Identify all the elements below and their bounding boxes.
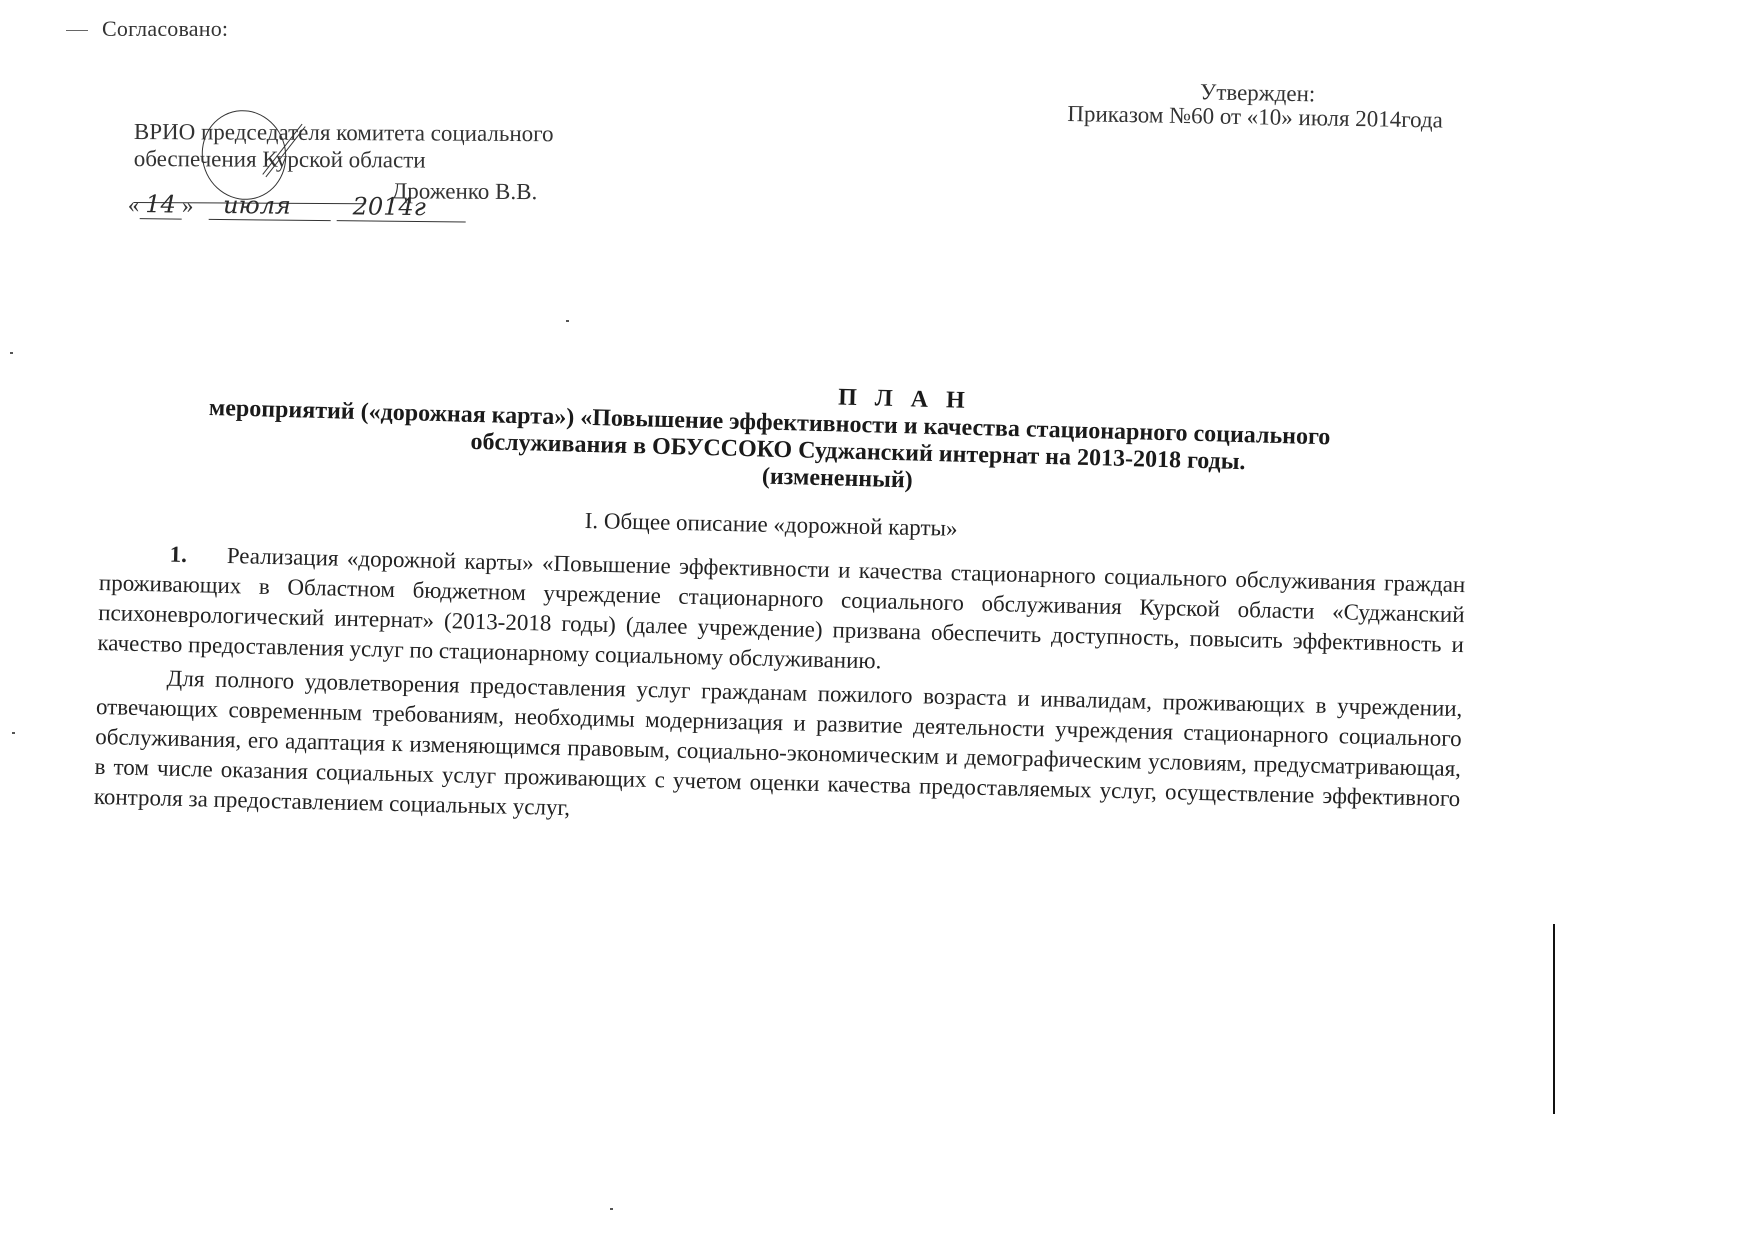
scan-speck <box>566 320 569 322</box>
scan-speck <box>12 732 15 734</box>
agreed-label-text: Согласовано: <box>102 16 228 41</box>
approver-position-line1: ВРИО председателя комитета социального <box>134 118 554 147</box>
date-year: 2014г <box>336 192 466 222</box>
approved-order: Приказом №60 от «10» июля 2014года <box>1067 102 1443 133</box>
section-heading: I. Общее описание «дорожной карты» <box>584 508 957 542</box>
document-title: П Л А Н мероприятий («дорожная карта») «… <box>207 368 1469 509</box>
approved-block: Утвержден: Приказом №60 от «10» июля 201… <box>1067 78 1443 133</box>
scan-speck <box>610 1208 613 1210</box>
body-text: 1.Реализация «дорожной карты» «Повышение… <box>94 538 1466 844</box>
date-day: 14 <box>139 190 182 219</box>
scan-edge-line <box>1553 924 1555 1114</box>
date-open-quote: « <box>128 192 140 217</box>
date-close-quote: » <box>182 193 194 218</box>
date-month: июля <box>209 191 331 221</box>
paragraph-2: Для полного удовлетворения предоставлени… <box>94 662 1463 844</box>
approval-date-handwritten: «14» июля 2014г <box>128 190 466 223</box>
scan-speck <box>10 352 13 354</box>
agreed-label: Согласовано: <box>66 16 228 42</box>
paragraph-1-text: Реализация «дорожной карты» «Повышение э… <box>97 543 1465 673</box>
approver-position-line2: обеспечения Курской области <box>134 145 554 174</box>
paragraph-number: 1. <box>169 542 187 567</box>
scan-dash <box>66 30 88 31</box>
